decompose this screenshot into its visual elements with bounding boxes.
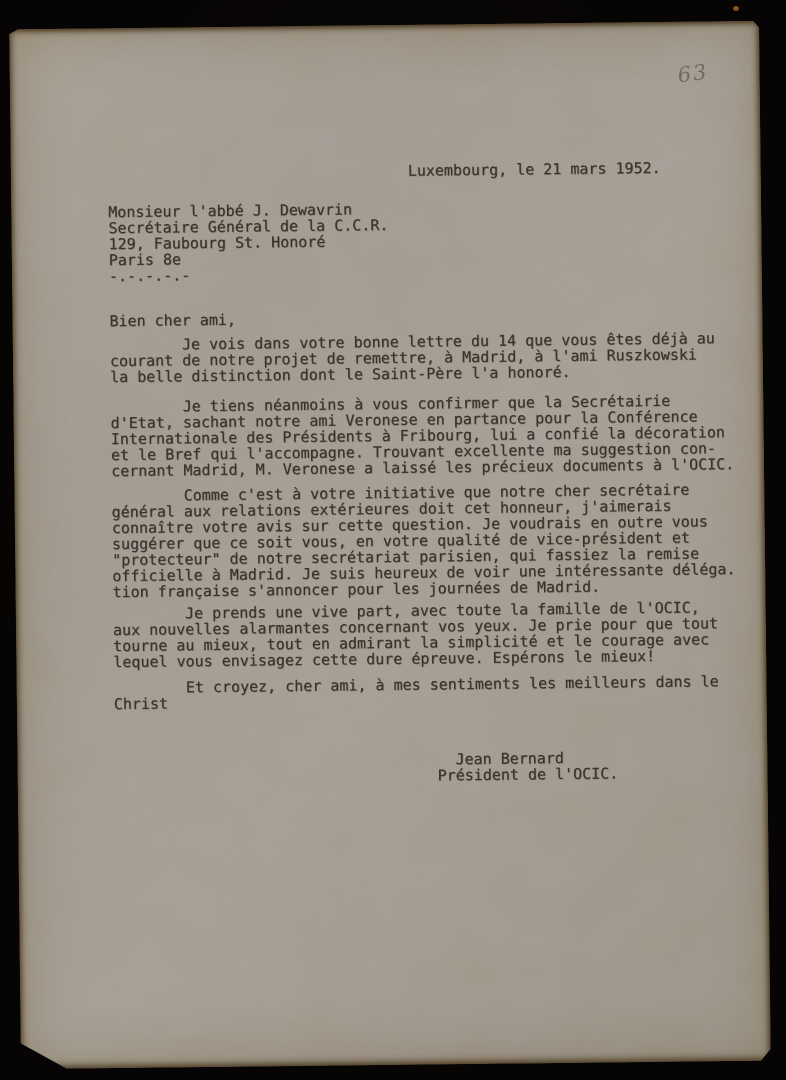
paragraph-1: Je vois dans votre bonne lettre du 14 qu… bbox=[110, 330, 716, 385]
paragraph-4: Je prends une vive part, avec toute la f… bbox=[113, 599, 719, 670]
dateline: Luxembourg, le 21 mars 1952. bbox=[408, 160, 661, 179]
closing-valediction: Et croyez, cher ami, à mes sentiments le… bbox=[114, 673, 719, 712]
recipient-address: Monsieur l'abbé J. DewavrinSecrétaire Gé… bbox=[108, 201, 389, 284]
paragraph-3: Comme c'est à votre initiative que notre… bbox=[111, 481, 735, 600]
salutation: Bien cher ami, bbox=[109, 312, 236, 329]
letter-content: Luxembourg, le 21 mars 1952. Monsieur l'… bbox=[9, 21, 771, 1069]
scanner-background: 63 Luxembourg, le 21 mars 1952. Monsieur… bbox=[0, 0, 786, 1080]
letter-paper: 63 Luxembourg, le 21 mars 1952. Monsieur… bbox=[9, 21, 771, 1069]
text-line: -.-.-.-.- bbox=[109, 265, 389, 284]
signature-block: Jean BernardPrésident de l'OCIC. bbox=[437, 749, 618, 783]
paragraph-2: Je tiens néanmoins à vous confirmer que … bbox=[110, 392, 734, 479]
scan-debris-speck bbox=[733, 6, 739, 11]
text-line: Président de l'OCIC. bbox=[438, 765, 619, 783]
